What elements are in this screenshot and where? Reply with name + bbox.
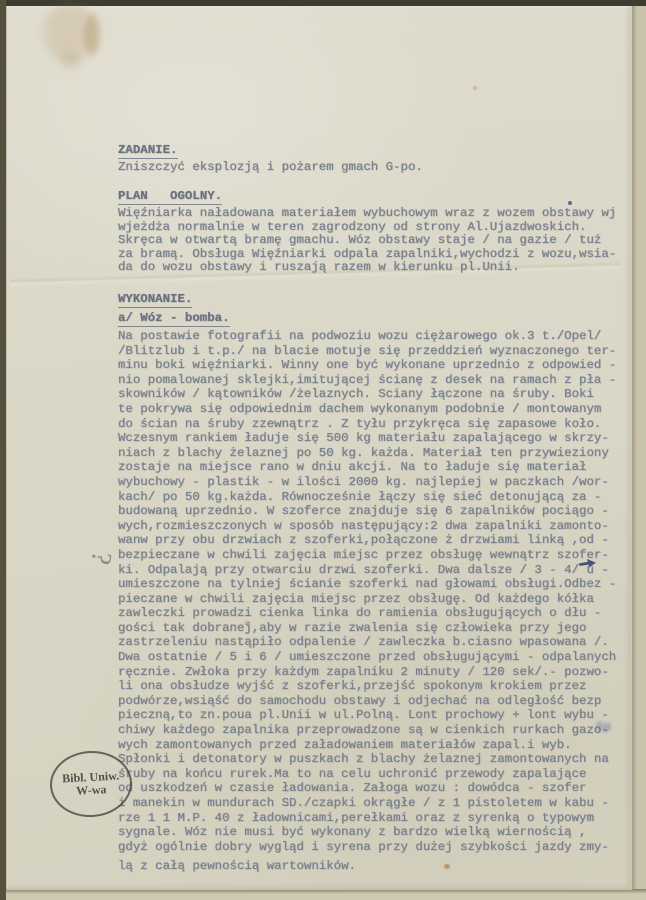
wykonanie-heading: WYKONANIE. (118, 292, 192, 308)
text-line: umieszczone na tylniej ścianie szoferki … (118, 577, 616, 592)
wykonanie-paragraph: Na postawie fotografii na podwoziu wozu … (118, 329, 616, 854)
text-line-last: lą z całą pewnością wartowników. (118, 859, 616, 874)
stamp-text-line2: W-wa (76, 783, 107, 798)
text-line: wybuchowy - plastik - w ilości 2000 kg. … (118, 475, 616, 490)
text-line: gdyż ogólnie dobry wygląd i syrena przy … (118, 840, 616, 855)
wykonanie-subheading: a/ Wóz - bomba. (118, 311, 230, 327)
text-line: Więźniarka naładowana materiałem wybucho… (118, 207, 616, 221)
scanned-document-page: { "page": { "paper_color": "#dad7c7", "i… (0, 0, 646, 900)
blue-ink-dot (568, 201, 572, 205)
text-line: Wczesnym rankiem ładuje się 500 kg mater… (118, 431, 616, 446)
text-line: Skręca w otwartą bramę gmachu. Wóz obsta… (118, 234, 616, 248)
text-line: śruby na końcu rurek.Ma to na celu uchro… (118, 767, 616, 782)
plan-paragraph: Więźniarka naładowana materiałem wybucho… (118, 207, 616, 275)
zadanie-heading: ZADANIE. (118, 143, 178, 159)
text-line: /Blitzlub i t.p./ na blacie motuje się p… (118, 344, 616, 359)
text-line: gości tak dobranej,aby w razie zwalenia … (118, 621, 616, 636)
text-line: minu boki więźniarki. Winny one być wyko… (118, 358, 616, 373)
plan-heading: PLAN OGOLNY. (118, 189, 222, 205)
text-line: pieczną,to zn.poua pl.Unii w ul.Polną. L… (118, 708, 616, 723)
text-line: Na postawie fotografii na podwoziu wozu … (118, 329, 616, 344)
text-line: ki. Odpalają przy otwarciu drzwi szoferk… (118, 563, 616, 578)
text-line: li ona obsłudze wyjść z szoferki,przejść… (118, 679, 616, 694)
text-line: do ścian na śruby zzewnątrz . Z tyłu prz… (118, 417, 616, 432)
text-line: zawleczki prowadzi cienka linka do ramie… (118, 606, 616, 621)
text-line: ręcznie. Zwłoka przy każdym zapalniku 2 … (118, 665, 616, 680)
section-wykonanie: WYKONANIE. a/ Wóz - bomba. Na postawie f… (118, 289, 616, 874)
text-line: i manekin w mundurach SD./czapki okrągłe… (118, 796, 616, 811)
text-line: bezpieczane w chwili zajęcia miejsc prze… (118, 548, 616, 563)
text-line: wanw przy obu drzwiach z szoferki,połącz… (118, 533, 616, 548)
text-line: zostaje na miejsce rano w dniu akcji. Na… (118, 460, 616, 475)
text-line: te pokrywa się odpowiednim dachem wykona… (118, 402, 616, 417)
text-line: skowników / kątowników /żelaznych. Scian… (118, 387, 616, 402)
text-line: sygnale. Wóz nie musi być wykonany z bar… (118, 825, 616, 840)
text-line: pieczane w chwili zajęcia miejsc przez o… (118, 592, 616, 607)
text-line: kach/ po 50 kg.każda. Równocześnie łączy… (118, 490, 616, 505)
text-line: wych,rozmieszczonych w sposób następując… (118, 519, 616, 534)
section-zadanie: ZADANIE. Zniszczyć eksplozją i pożarem g… (118, 140, 423, 175)
text-line: Dwa ostatnie / 5 i 6 / umieszczone przed… (118, 650, 616, 665)
zadanie-body: Zniszczyć eksplozją i pożarem gmach G-po… (118, 160, 423, 175)
blue-ink-smudge: Sp (596, 719, 630, 734)
text-line: wych zamontowanych przed załadowaniem ma… (118, 738, 616, 753)
text-line: rze 1 1 M.P. 40 z ładownicami,perełkami … (118, 811, 616, 826)
text-line: budowaną uprzednio. W szoferce znajduje … (118, 504, 616, 519)
text-line: nio pomalowanej sklejki,imitującej ścian… (118, 373, 616, 388)
text-line: Spłonki i detonatory w puszkach z blachy… (118, 752, 616, 767)
text-line: od uszkodzeń w czasie ładowania. Załoga … (118, 781, 616, 796)
text-line: zastrzeleniu nastąpiło odpalenie / zawle… (118, 635, 616, 650)
text-line: podwórze,wsiąść do samochodu obstawy i o… (118, 694, 616, 709)
text-line: chiwy każdego zapalnika przeprowadzone s… (118, 723, 616, 738)
section-plan: PLAN OGOLNY. Więźniarka naładowana mater… (118, 186, 616, 275)
text-line: niach z blachy żelaznej po 50 kg. każda.… (118, 446, 616, 461)
text-line: da do wozu obstawy i ruszają razem w kie… (118, 261, 616, 275)
